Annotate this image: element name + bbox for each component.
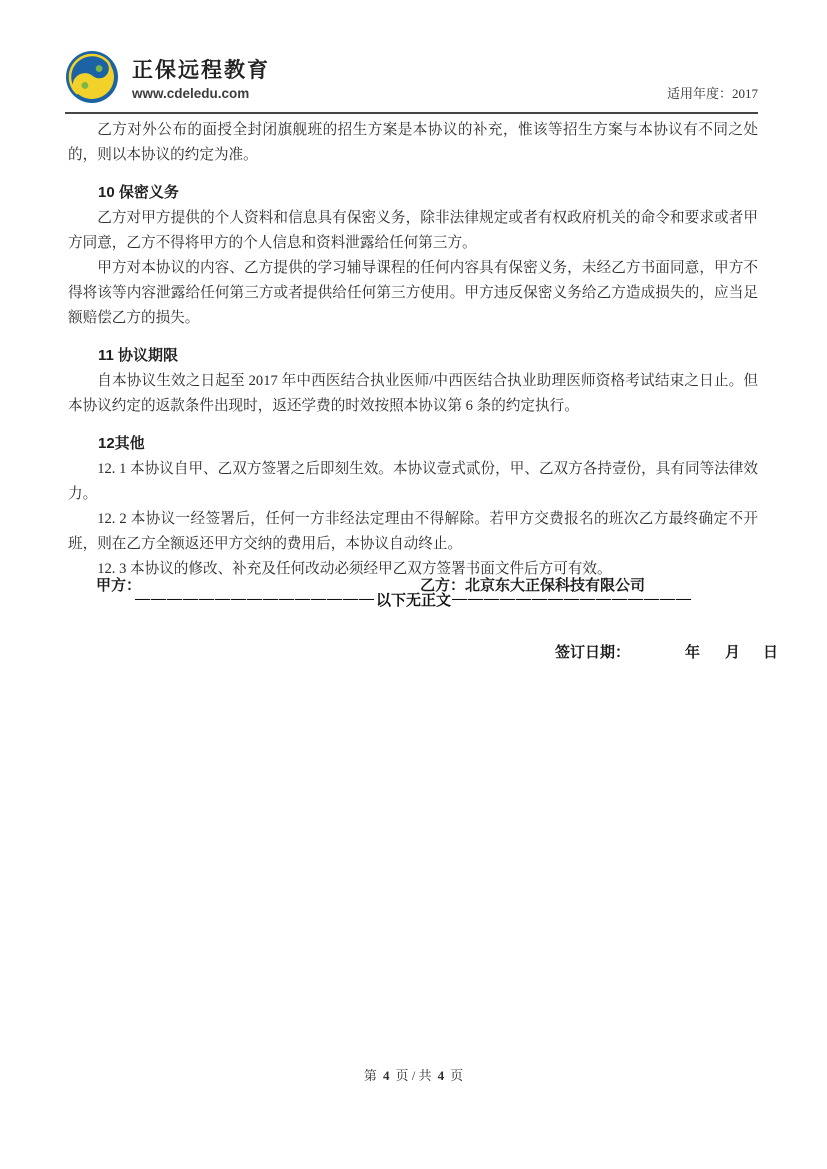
page-footer: 第4页 / 共4页 <box>0 1065 827 1084</box>
contract-page: 正保远程教育 www.cdeledu.com 适用年度：2017 乙方对外公布的… <box>0 0 827 1169</box>
signing-date-row: 签订日期： 年 月 日 <box>555 641 778 662</box>
intro-paragraph: 乙方对外公布的面授全封闭旗舰班的招生方案是本协议的补充，惟该等招生方案与本协议有… <box>68 118 758 168</box>
section-12-heading: 12其他 <box>68 432 758 453</box>
brand: 正保远程教育 www.cdeledu.com <box>65 50 270 104</box>
section-10-paragraph-1: 乙方对甲方提供的个人资料和信息具有保密义务，除非法律规定或者有权政府机关的命令和… <box>68 206 758 256</box>
page-number-middle: 页 / 共 <box>395 1068 431 1083</box>
month-label: 月 <box>725 641 740 662</box>
total-page-number: 4 <box>438 1068 445 1083</box>
section-11-paragraph-1: 自本协议生效之日起至 2017 年中西医结合执业医师/中西医结合执业助理医师资格… <box>68 369 758 419</box>
contract-body: 乙方对外公布的面授全封闭旗舰班的招生方案是本协议的补充，惟该等招生方案与本协议有… <box>68 114 758 610</box>
applicable-year-label: 适用年度：2017 <box>667 83 758 104</box>
current-page-number: 4 <box>383 1068 390 1083</box>
section-11-heading: 11 协议期限 <box>68 344 758 365</box>
party-a-label: 甲方： <box>96 574 141 595</box>
brand-url: www.cdeledu.com <box>132 86 270 101</box>
brand-text: 正保远程教育 www.cdeledu.com <box>132 54 270 101</box>
section-10-paragraph-2: 甲方对本协议的内容、乙方提供的学习辅导课程的任何内容具有保密义务，未经乙方书面同… <box>68 256 758 331</box>
brand-name: 正保远程教育 <box>132 54 270 84</box>
party-b-label: 乙方：北京东大正保科技有限公司 <box>420 574 645 595</box>
section-12-clause-1: 12. 1 本协议自甲、乙双方签署之后即刻生效。本协议壹式贰份，甲、乙双方各持壹… <box>68 457 758 507</box>
signing-date-label: 签订日期： <box>555 641 630 662</box>
page-number-suffix: 页 <box>450 1068 463 1083</box>
signature-row: 甲方： 乙方：北京东大正保科技有限公司 <box>0 574 827 596</box>
section-10-heading: 10 保密义务 <box>68 181 758 202</box>
page-header: 正保远程教育 www.cdeledu.com 适用年度：2017 <box>65 0 758 114</box>
section-12-clause-2: 12. 2 本协议一经签署后，任何一方非经法定理由不得解除。若甲方交费报名的班次… <box>68 507 758 557</box>
page-number-prefix: 第 <box>364 1068 377 1083</box>
brand-logo-icon <box>65 50 119 104</box>
year-label: 年 <box>685 641 700 662</box>
day-label: 日 <box>763 641 778 662</box>
